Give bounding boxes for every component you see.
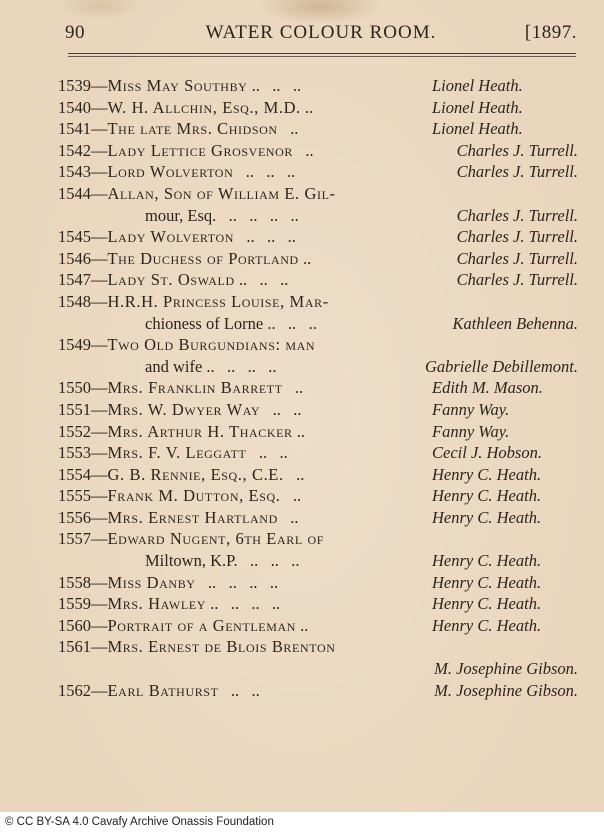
page-title: WATER COLOUR ROOM. — [65, 22, 577, 44]
em-dash: — — [91, 616, 108, 635]
dot-leader: .. — [296, 616, 308, 635]
artist-name: Charles J. Turrell. — [457, 248, 578, 270]
catalogue-entry: 1539—Miss May Southby .. .. ..Lionel Hea… — [58, 75, 578, 97]
entry-title: Mrs. F. V. Leggatt — [108, 443, 247, 462]
catalogue-entry: 1554—G. B. Rennie, Esq., C.E. ..Henry C.… — [58, 464, 578, 486]
entry-number: 1546 — [58, 249, 91, 268]
artist-name: Fanny Way. — [432, 399, 509, 421]
artist-name: Fanny Way. — [432, 421, 509, 443]
entry-number: 1553 — [58, 443, 91, 462]
entry-number: 1560 — [58, 616, 91, 635]
entry-title: Frank M. Dutton, Esq. — [108, 486, 281, 505]
entry-title: Lord Wolverton — [108, 162, 234, 181]
catalogue-entry: 1551—Mrs. W. Dwyer Way .. ..Fanny Way. — [58, 399, 578, 421]
entry-number: 1543 — [58, 162, 91, 181]
dot-leader: .. .. .. .. — [216, 206, 299, 225]
book-page: 90 WATER COLOUR ROOM. [1897. 1539—Miss M… — [0, 0, 604, 812]
entry-number: 1554 — [58, 465, 91, 484]
entry-number: 1561 — [58, 637, 91, 656]
artist-name: Henry C. Heath. — [432, 615, 541, 637]
artist-name: Henry C. Heath. — [432, 485, 541, 507]
entry-title: Mrs. Hawley — [108, 594, 206, 613]
entry-number: 1541 — [58, 119, 91, 138]
entry-title: Mrs. W. Dwyer Way — [108, 400, 261, 419]
dot-leader: .. — [293, 422, 305, 441]
dot-leader: .. .. .. — [247, 76, 301, 95]
catalogue-entry: 1561—Mrs. Ernest de Blois Brenton — [58, 636, 578, 658]
entry-continuation-line: chioness of Lorne .. .. ..Kathleen Behen… — [58, 313, 578, 335]
entry-title: The Duchess of Portland — [108, 249, 299, 268]
dot-leader: .. .. .. — [238, 551, 300, 570]
catalogue-entry: 1558—Miss Danby .. .. .. ..Henry C. Heat… — [58, 572, 578, 594]
em-dash: — — [91, 335, 108, 354]
entry-number: 1547 — [58, 270, 91, 289]
entry-title: Portrait of a Gentleman — [108, 616, 297, 635]
entry-number: 1542 — [58, 141, 91, 160]
entry-number: 1551 — [58, 400, 91, 419]
entry-title: Mrs. Ernest Hartland — [108, 508, 278, 527]
dot-leader: .. — [280, 486, 301, 505]
em-dash: — — [91, 465, 108, 484]
em-dash: — — [91, 637, 108, 656]
dot-leader: .. — [278, 119, 299, 138]
catalogue-entry: 1562—Earl Bathurst .. ..M. Josephine Gib… — [58, 680, 578, 702]
dot-leader: .. .. .. — [263, 314, 317, 333]
artist-name: M. Josephine Gibson. — [434, 658, 578, 680]
catalogue-entry: 1556—Mrs. Ernest Hartland ..Henry C. Hea… — [58, 507, 578, 529]
entry-number: 1555 — [58, 486, 91, 505]
artist-name: Henry C. Heath. — [432, 593, 541, 615]
entry-title: Allan, Son of William E. Gil- — [108, 184, 336, 203]
artist-name: Charles J. Turrell. — [457, 269, 578, 291]
catalogue-entry: 1552—Mrs. Arthur H. Thacker ..Fanny Way. — [58, 421, 578, 443]
catalogue-entry: 1546—The Duchess of Portland ..Charles J… — [58, 248, 578, 270]
dot-leader: .. — [283, 378, 304, 397]
dot-leader: .. .. .. — [234, 227, 296, 246]
entry-title: Mrs. Ernest de Blois Brenton — [108, 637, 336, 656]
em-dash: — — [91, 270, 108, 289]
entry-title: Mrs. Arthur H. Thacker — [108, 422, 293, 441]
artist-name: Charles J. Turrell. — [457, 161, 578, 183]
entry-number: 1540 — [58, 98, 91, 117]
entry-number: 1550 — [58, 378, 91, 397]
em-dash: — — [91, 249, 108, 268]
catalogue-entry: 1547—Lady St. Oswald .. .. ..Charles J. … — [58, 269, 578, 291]
year-label: [1897. — [525, 22, 577, 44]
entry-number: 1544 — [58, 184, 91, 203]
artist-name: Lionel Heath. — [432, 118, 523, 140]
entry-title-continuation: chioness of Lorne — [145, 314, 263, 333]
entry-title: Lady Wolverton — [108, 227, 235, 246]
dot-leader: .. — [284, 465, 305, 484]
em-dash: — — [91, 119, 108, 138]
entry-title: G. B. Rennie, Esq., C.E. — [108, 465, 284, 484]
artist-name: Charles J. Turrell. — [457, 226, 578, 248]
entry-number: 1552 — [58, 422, 91, 441]
entry-title: H.R.H. Princess Louise, Mar- — [108, 292, 329, 311]
em-dash: — — [91, 378, 108, 397]
catalogue-entry: 1548—H.R.H. Princess Louise, Mar- — [58, 291, 578, 313]
entry-title: The late Mrs. Chidson — [108, 119, 278, 138]
entry-continuation-line: and wife .. .. .. ..Gabrielle Debillemon… — [58, 356, 578, 378]
catalogue-entry: 1553—Mrs. F. V. Leggatt .. ..Cecil J. Ho… — [58, 442, 578, 464]
catalogue-entry: 1545—Lady Wolverton .. .. ..Charles J. T… — [58, 226, 578, 248]
em-dash: — — [91, 529, 108, 548]
em-dash: — — [91, 443, 108, 462]
dot-leader: .. .. .. — [233, 162, 295, 181]
dot-leader: .. .. — [246, 443, 287, 462]
entry-title: Miss Danby — [108, 573, 196, 592]
artist-name: Edith M. Mason. — [432, 377, 543, 399]
dot-leader: .. .. .. .. — [202, 357, 276, 376]
entry-number: 1556 — [58, 508, 91, 527]
em-dash: — — [91, 227, 108, 246]
entry-title: Edward Nugent, 6th Earl of — [108, 529, 325, 548]
em-dash: — — [91, 76, 108, 95]
dot-leader: .. .. — [260, 400, 301, 419]
entry-title: Mrs. Franklin Barrett — [108, 378, 283, 397]
entry-title: Earl Bathurst — [108, 681, 219, 700]
entry-title-continuation: and wife — [145, 357, 202, 376]
catalogue-entry: 1543—Lord Wolverton .. .. ..Charles J. T… — [58, 161, 578, 183]
entry-number: 1559 — [58, 594, 91, 613]
catalogue-entry: 1549—Two Old Burgundians: man — [58, 334, 578, 356]
header-rule-bottom — [68, 56, 576, 57]
dot-leader: .. — [301, 98, 313, 117]
entry-title: Two Old Burgundians: man — [108, 335, 316, 354]
dot-leader: .. .. .. .. — [206, 594, 280, 613]
em-dash: — — [91, 486, 108, 505]
entry-continuation-line: Miltown, K.P. .. .. ..Henry C. Heath. — [58, 550, 578, 572]
em-dash: — — [91, 573, 108, 592]
em-dash: — — [91, 594, 108, 613]
entry-title-continuation: Miltown, K.P. — [145, 551, 238, 570]
dot-leader: .. — [278, 508, 299, 527]
em-dash: — — [91, 98, 108, 117]
artist-name: Kathleen Behenna. — [452, 313, 578, 335]
dot-leader: .. .. .. — [235, 270, 289, 289]
artist-name: Henry C. Heath. — [432, 507, 541, 529]
artist-name: M. Josephine Gibson. — [434, 680, 578, 702]
entry-number: 1545 — [58, 227, 91, 246]
entry-number: 1558 — [58, 573, 91, 592]
em-dash: — — [91, 508, 108, 527]
entry-title: Miss May Southby — [108, 76, 248, 95]
artist-name: Charles J. Turrell. — [457, 140, 578, 162]
artist-name: Lionel Heath. — [432, 75, 523, 97]
entry-title: Lady Lettice Grosvenor — [108, 141, 294, 160]
running-head: 90 WATER COLOUR ROOM. [1897. — [65, 22, 577, 46]
dot-leader: .. — [299, 249, 311, 268]
catalogue-entries: 1539—Miss May Southby .. .. ..Lionel Hea… — [58, 75, 578, 701]
artist-name: Cecil J. Hobson. — [432, 442, 542, 464]
catalogue-entry: 1557—Edward Nugent, 6th Earl of — [58, 528, 578, 550]
dot-leader: .. .. — [219, 681, 260, 700]
entry-number: 1557 — [58, 529, 91, 548]
catalogue-entry: 1541—The late Mrs. Chidson ..Lionel Heat… — [58, 118, 578, 140]
entry-title-continuation: mour, Esq. — [145, 206, 216, 225]
em-dash: — — [91, 184, 108, 203]
entry-continuation-line: M. Josephine Gibson. — [58, 658, 578, 680]
header-rule-top — [68, 53, 576, 54]
em-dash: — — [91, 141, 108, 160]
em-dash: — — [91, 422, 108, 441]
entry-number: 1539 — [58, 76, 91, 95]
em-dash: — — [91, 292, 108, 311]
entry-number: 1548 — [58, 292, 91, 311]
copyright-credit: © CC BY-SA 4.0 Cavafy Archive Onassis Fo… — [5, 816, 274, 828]
catalogue-entry: 1540—W. H. Allchin, Esq., M.D. ..Lionel … — [58, 97, 578, 119]
entry-number: 1562 — [58, 681, 91, 700]
entry-number: 1549 — [58, 335, 91, 354]
catalogue-entry: 1560—Portrait of a Gentleman ..Henry C. … — [58, 615, 578, 637]
em-dash: — — [91, 400, 108, 419]
dot-leader: .. .. .. .. — [196, 573, 279, 592]
catalogue-entry: 1550—Mrs. Franklin Barrett ..Edith M. Ma… — [58, 377, 578, 399]
catalogue-entry: 1542—Lady Lettice Grosvenor ..Charles J.… — [58, 140, 578, 162]
entry-title: W. H. Allchin, Esq., M.D. — [108, 98, 301, 117]
artist-name: Lionel Heath. — [432, 97, 523, 119]
artist-name: Gabrielle Debillemont. — [425, 356, 578, 378]
entry-continuation-line: mour, Esq. .. .. .. ..Charles J. Turrell… — [58, 205, 578, 227]
em-dash: — — [91, 162, 108, 181]
catalogue-entry: 1559—Mrs. Hawley .. .. .. ..Henry C. Hea… — [58, 593, 578, 615]
artist-name: Henry C. Heath. — [432, 550, 541, 572]
artist-name: Henry C. Heath. — [432, 572, 541, 594]
dot-leader: .. — [293, 141, 314, 160]
catalogue-entry: 1544—Allan, Son of William E. Gil- — [58, 183, 578, 205]
artist-name: Charles J. Turrell. — [457, 205, 578, 227]
entry-title: Lady St. Oswald — [108, 270, 235, 289]
artist-name: Henry C. Heath. — [432, 464, 541, 486]
em-dash: — — [91, 681, 108, 700]
catalogue-entry: 1555—Frank M. Dutton, Esq. ..Henry C. He… — [58, 485, 578, 507]
